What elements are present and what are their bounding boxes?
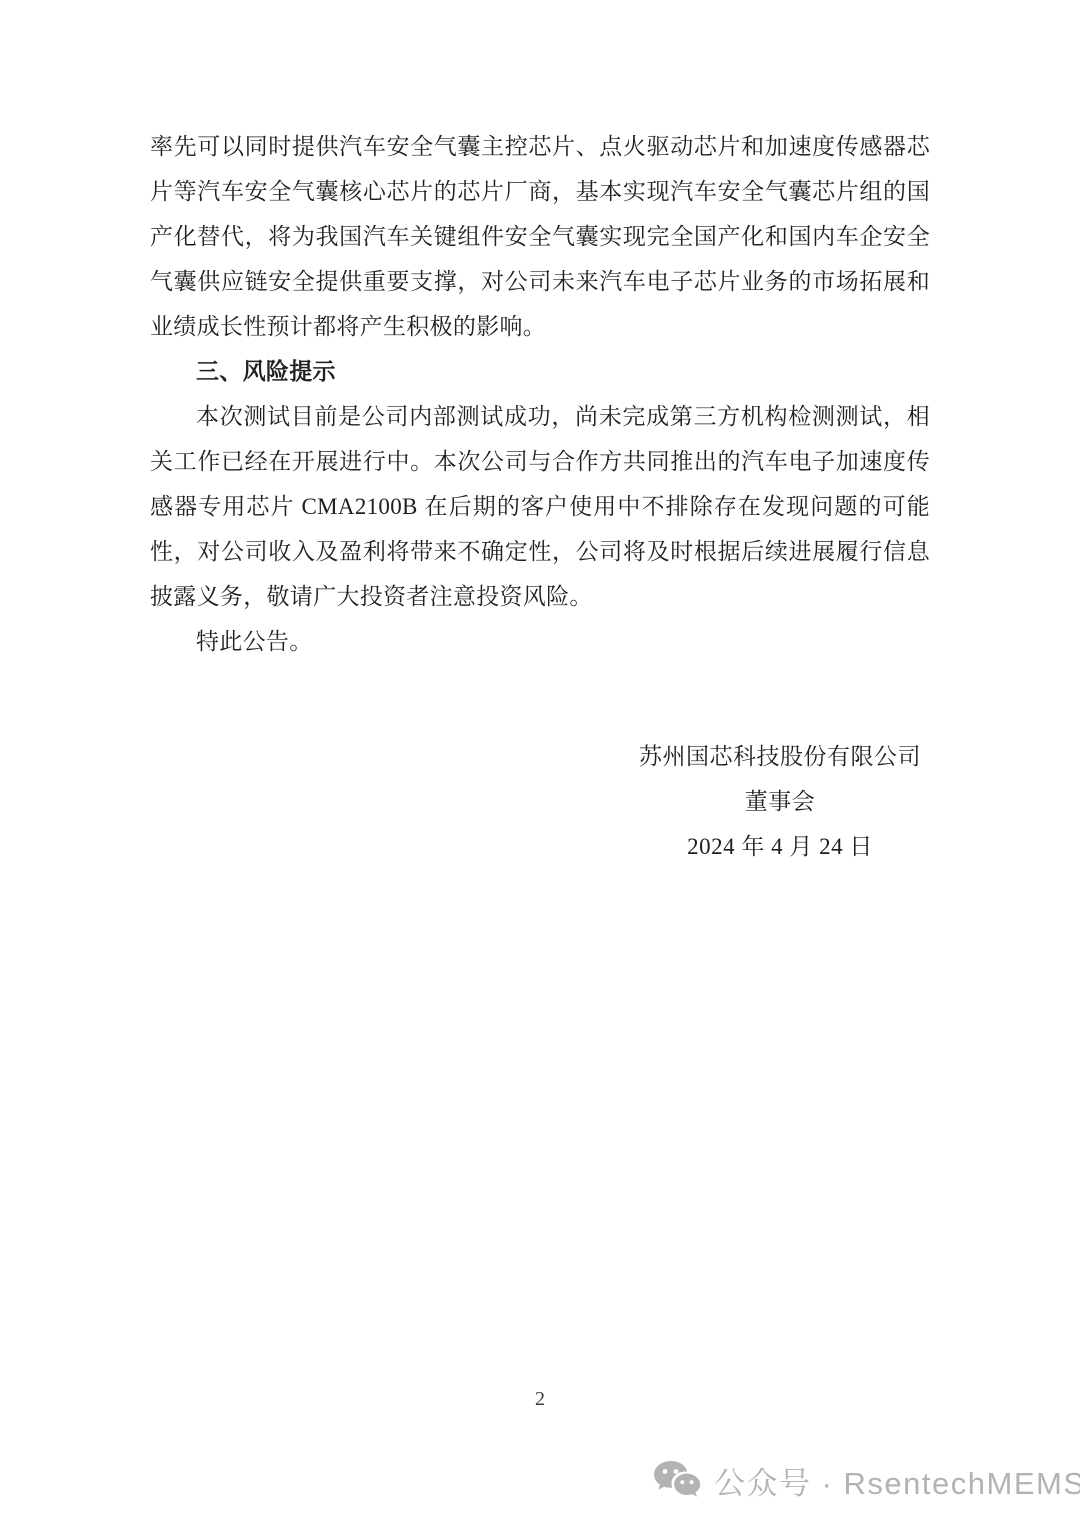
signature-block: 苏州国芯科技股份有限公司 董事会 2024 年 4 月 24 日 bbox=[618, 734, 942, 869]
signature-board: 董事会 bbox=[618, 779, 942, 824]
document-body: 率先可以同时提供汽车安全气囊主控芯片、点火驱动芯片和加速度传感器芯片等汽车安全气… bbox=[150, 124, 930, 664]
watermark-label: 公众号 · RsentechMEMS bbox=[714, 1458, 1080, 1503]
announcement-page: 率先可以同时提供汽车安全气囊主控芯片、点火驱动芯片和加速度传感器芯片等汽车安全气… bbox=[0, 0, 1080, 1527]
signature-company: 苏州国芯科技股份有限公司 bbox=[618, 734, 942, 779]
wechat-icon bbox=[653, 1460, 701, 1502]
risk-paragraph: 本次测试目前是公司内部测试成功，尚未完成第三方机构检测测试，相关工作已经在开展进… bbox=[150, 394, 930, 619]
page-number: 2 bbox=[0, 1388, 1080, 1411]
signature-date: 2024 年 4 月 24 日 bbox=[618, 824, 942, 869]
closing-statement: 特此公告。 bbox=[150, 619, 930, 664]
watermark: 公众号 · RsentechMEMS bbox=[653, 1458, 1080, 1503]
continuation-paragraph: 率先可以同时提供汽车安全气囊主控芯片、点火驱动芯片和加速度传感器芯片等汽车安全气… bbox=[150, 124, 930, 349]
risk-section-heading: 三、风险提示 bbox=[150, 349, 930, 394]
